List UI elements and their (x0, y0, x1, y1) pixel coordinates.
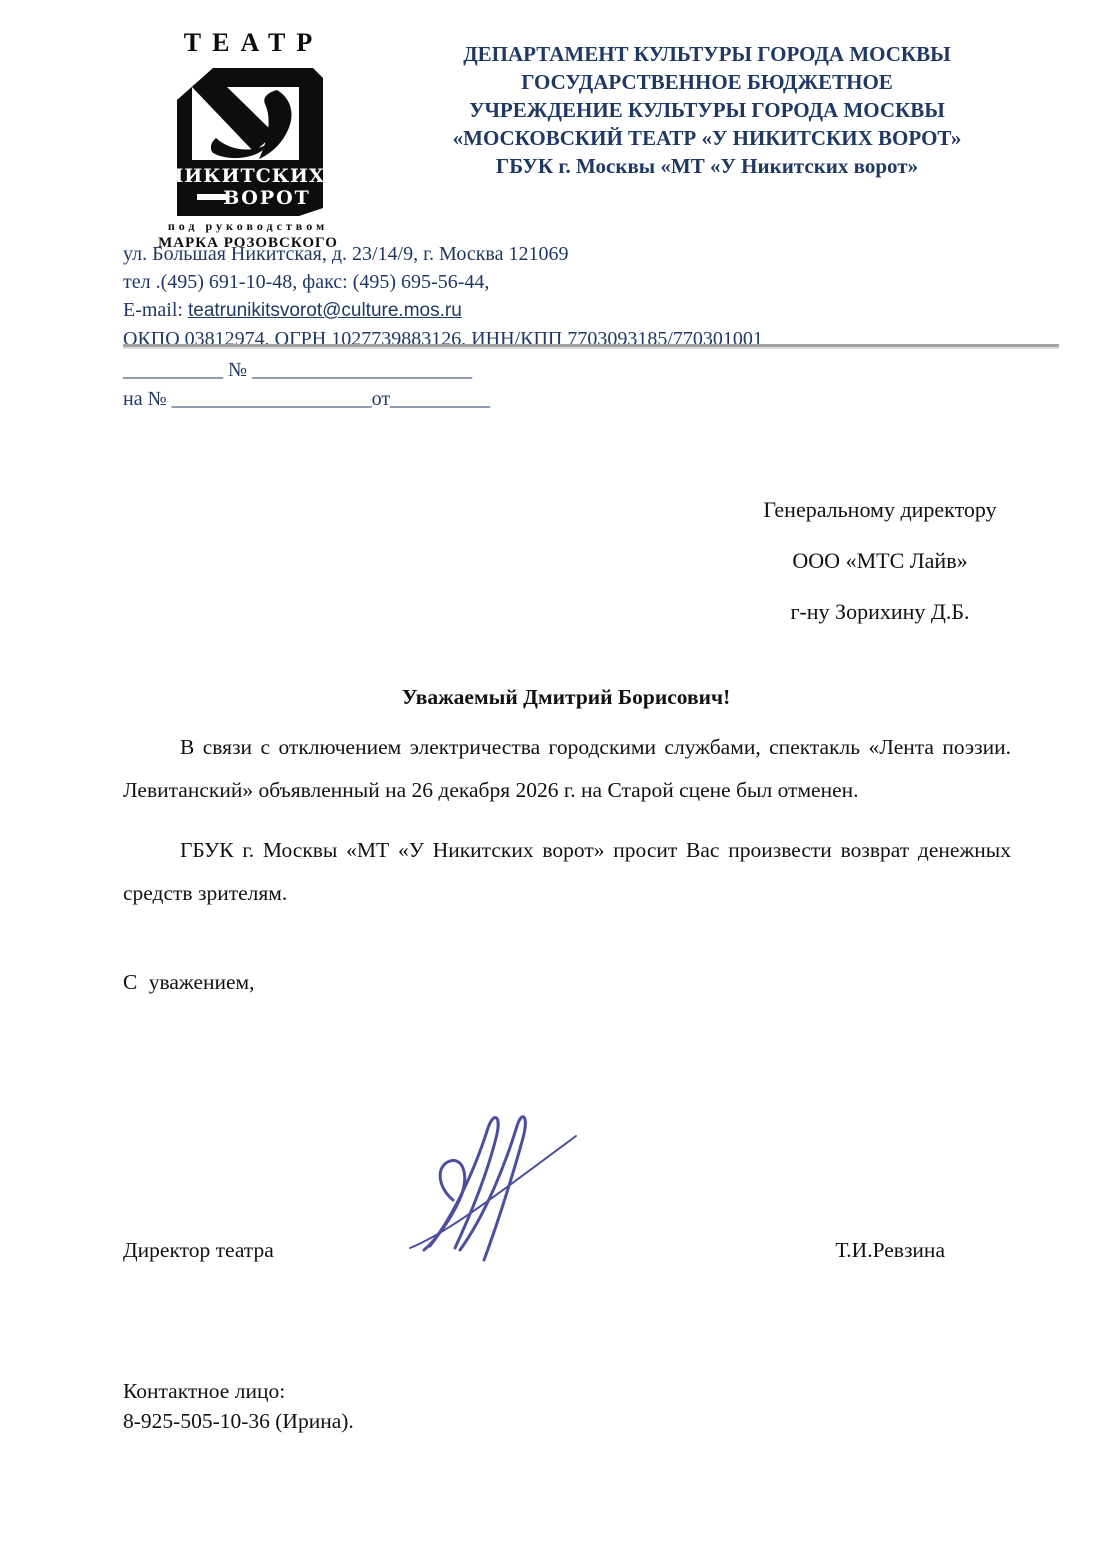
ref-reply-blank-date: __________ (390, 388, 490, 410)
reference-lines: __________ № ______________________ на №… (123, 356, 723, 414)
recipient-position: Генеральному директору (690, 497, 1070, 523)
paragraph-1: В связи с отключением электричества горо… (123, 726, 1011, 812)
org-line-5: ГБУК г. Москвы «МТ «У Никитских ворот» (383, 152, 1031, 180)
salutation: Уважаемый Дмитрий Борисович! (123, 685, 1009, 710)
signer-title: Директор театра (123, 1238, 274, 1263)
letter-page: ТЕАТР НИКИТСКИХ ВОРОТ под руководством М… (0, 0, 1118, 1563)
closing-phrase: С уважением, (123, 970, 255, 995)
signature-row: Директор театра Т.И.Ревзина (123, 1238, 1009, 1263)
paragraph-2: ГБУК г. Москвы «МТ «У Никитских ворот» п… (123, 829, 1011, 915)
ref-blank-date: __________ (123, 359, 223, 381)
address-block: ул. Большая Никитская, д. 23/14/9, г. Мо… (123, 240, 1023, 353)
ref-number-sign: № (228, 359, 247, 381)
ref-reply-blank-number: ____________________ (172, 388, 372, 410)
email-line: E-mail: teatrunikitsvorot@culture.mos.ru (123, 296, 1023, 325)
theater-logo-icon: НИКИТСКИХ ВОРОТ (167, 60, 329, 216)
reference-line-2: на № ____________________от__________ (123, 385, 723, 414)
logo-subtitle-1: под руководством (150, 219, 346, 234)
organization-header: ДЕПАРТАМЕНТ КУЛЬТУРЫ ГОРОДА МОСКВЫ ГОСУД… (383, 40, 1031, 180)
contact-block: Контактное лицо: 8-925-505-10-36 (Ирина)… (123, 1376, 723, 1436)
reference-line-1: __________ № ______________________ (123, 356, 723, 385)
org-line-4: «МОСКОВСКИЙ ТЕАТР «У НИКИТСКИХ ВОРОТ» (383, 124, 1031, 152)
ref-blank-number: ______________________ (252, 359, 472, 381)
theater-logo: ТЕАТР НИКИТСКИХ ВОРОТ под руководством М… (150, 28, 346, 252)
contact-label: Контактное лицо: (123, 1376, 723, 1406)
org-line-1: ДЕПАРТАМЕНТ КУЛЬТУРЫ ГОРОДА МОСКВЫ (383, 40, 1031, 68)
email-link[interactable]: teatrunikitsvorot@culture.mos.ru (188, 300, 462, 321)
header-divider (123, 344, 1059, 349)
recipient-block: Генеральному директору ООО «МТС Лайв» г-… (690, 497, 1070, 650)
recipient-name: г-ну Зорихину Д.Б. (690, 599, 1070, 625)
ref-reply-from: от (372, 388, 390, 410)
recipient-company: ООО «МТС Лайв» (690, 548, 1070, 574)
logo-band-line2: ВОРОТ (223, 187, 311, 209)
address-line: ул. Большая Никитская, д. 23/14/9, г. Мо… (123, 240, 1023, 268)
org-line-3: УЧРЕЖДЕНИЕ КУЛЬТУРЫ ГОРОДА МОСКВЫ (383, 96, 1031, 124)
logo-title: ТЕАТР (150, 28, 346, 58)
org-line-2: ГОСУДАРСТВЕННОЕ БЮДЖЕТНОЕ (383, 68, 1031, 96)
contact-phone: 8-925-505-10-36 (Ирина). (123, 1406, 723, 1436)
signer-name: Т.И.Ревзина (835, 1238, 1009, 1263)
phone-line: тел .(495) 691-10-48, факс: (495) 695-56… (123, 268, 1023, 296)
ref-reply-prefix: на № (123, 388, 167, 410)
email-label: E-mail: (123, 299, 183, 321)
letter-body: В связи с отключением электричества горо… (123, 726, 1011, 932)
logo-band-line1: НИКИТСКИХ (167, 165, 325, 187)
